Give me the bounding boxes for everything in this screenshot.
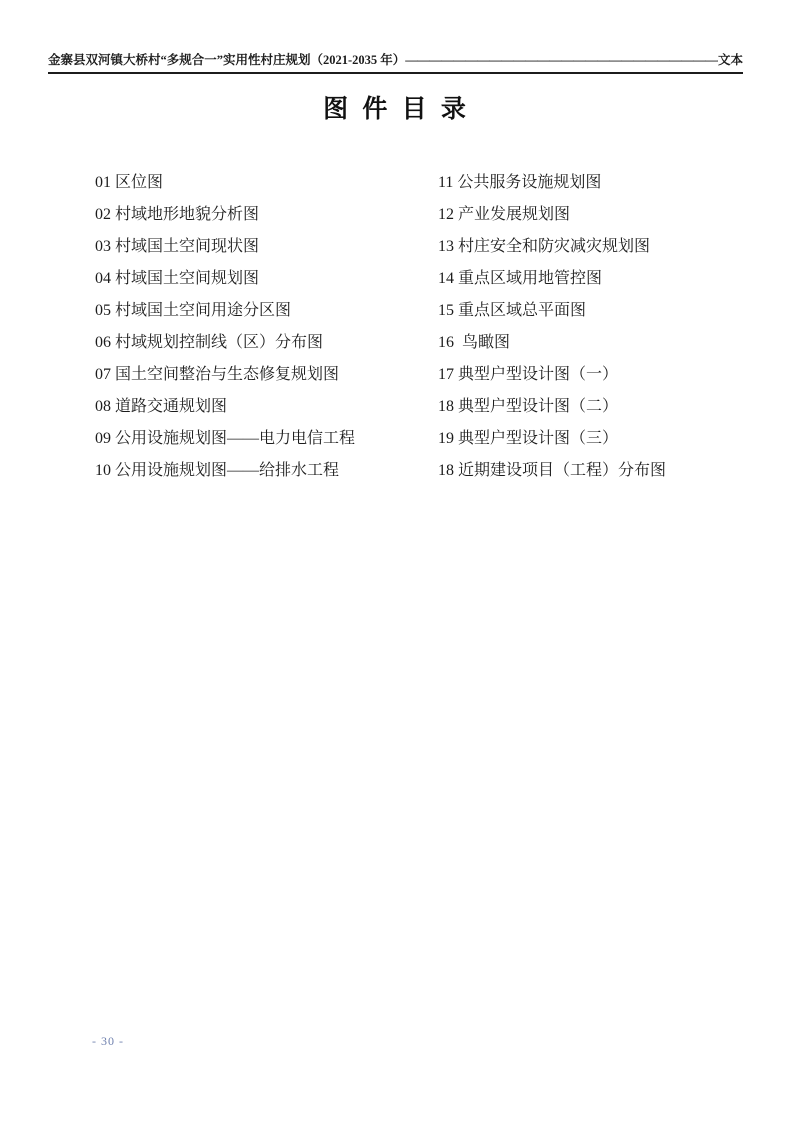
page-title: 图 件 目 录 <box>0 93 793 127</box>
header-dash-fill: —————————————————————————————— <box>405 48 718 72</box>
toc-item: 01 区位图 <box>95 167 355 199</box>
toc-item: 07 国土空间整治与生态修复规划图 <box>95 359 355 391</box>
toc-item: 15 重点区域总平面图 <box>438 295 666 327</box>
toc-item: 18 典型户型设计图（二） <box>438 391 666 423</box>
toc-item: 12 产业发展规划图 <box>438 199 666 231</box>
toc-item: 10 公用设施规划图——给排水工程 <box>95 455 355 487</box>
header-title: 金寨县双河镇大桥村“多规合一”实用性村庄规划（2021-2035 年） <box>48 48 405 72</box>
toc-item: 13 村庄安全和防灾减灾规划图 <box>438 231 666 263</box>
toc-item: 19 典型户型设计图（三） <box>438 423 666 455</box>
toc-item: 05 村域国土空间用途分区图 <box>95 295 355 327</box>
toc-item: 04 村域国土空间规划图 <box>95 263 355 295</box>
toc-column-right: 11 公共服务设施规划图 12 产业发展规划图 13 村庄安全和防灾减灾规划图 … <box>438 167 666 487</box>
toc-column-left: 01 区位图 02 村域地形地貌分析图 03 村域国土空间现状图 04 村域国土… <box>95 167 355 487</box>
toc-item: 03 村域国土空间现状图 <box>95 231 355 263</box>
toc-item: 11 公共服务设施规划图 <box>438 167 666 199</box>
toc-item: 16 鸟瞰图 <box>438 327 666 359</box>
document-page: 金寨县双河镇大桥村“多规合一”实用性村庄规划（2021-2035 年） ————… <box>0 0 793 1122</box>
toc-item: 09 公用设施规划图——电力电信工程 <box>95 423 355 455</box>
header-suffix-label: 文本 <box>718 48 743 72</box>
toc-item: 02 村域地形地貌分析图 <box>95 199 355 231</box>
page-number: - 30 - <box>92 1034 124 1049</box>
toc-item: 17 典型户型设计图（一） <box>438 359 666 391</box>
toc-item: 06 村域规划控制线（区）分布图 <box>95 327 355 359</box>
toc-item: 08 道路交通规划图 <box>95 391 355 423</box>
page-header: 金寨县双河镇大桥村“多规合一”实用性村庄规划（2021-2035 年） ————… <box>48 46 743 74</box>
toc-item: 14 重点区域用地管控图 <box>438 263 666 295</box>
toc-item: 18 近期建设项目（工程）分布图 <box>438 455 666 487</box>
